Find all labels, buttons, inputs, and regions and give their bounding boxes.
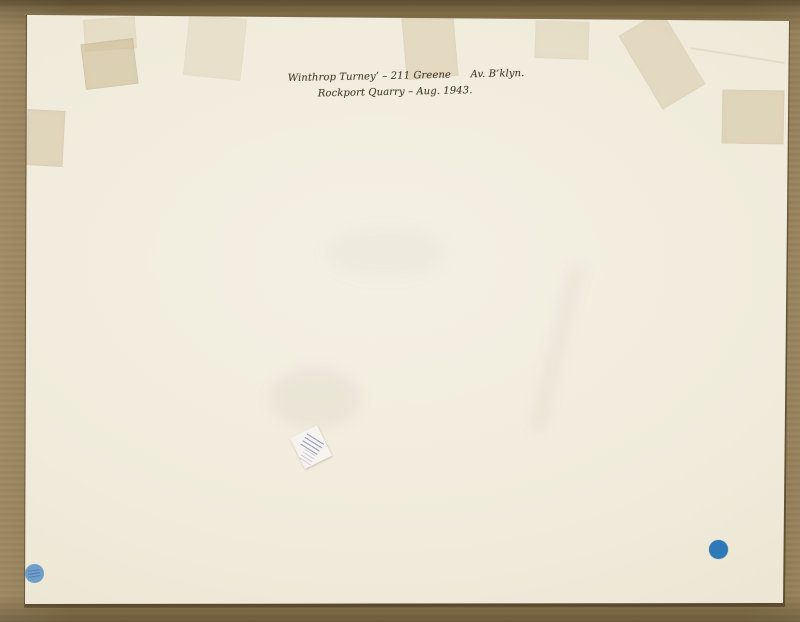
blue-dot-sticker-left: [25, 564, 44, 583]
blue-dot-sticker-right: [709, 540, 728, 559]
tape-strip: [722, 89, 785, 144]
photo-of-artwork-back: Winthrop Turney’ – 211 Greene Av. B’klyn…: [0, 0, 800, 622]
tape-strip: [534, 20, 589, 60]
artwork-paper-back: Winthrop Turney’ – 211 Greene Av. B’klyn…: [25, 13, 789, 605]
inscription-line-2: Rockport Quarry – Aug. 1943.: [297, 82, 493, 102]
tape-strip: [183, 13, 247, 81]
artist-inscription: Winthrop Turney’ – 211 Greene Av. B’klyn…: [288, 67, 485, 102]
smudge: [270, 368, 360, 428]
stamp-sticker: [290, 425, 332, 469]
smudge: [530, 264, 585, 432]
smudge: [325, 228, 445, 278]
tape-strip: [25, 109, 66, 167]
tape-strip: [618, 10, 705, 109]
tape-strip: [80, 38, 138, 90]
crease-line: [691, 48, 785, 64]
